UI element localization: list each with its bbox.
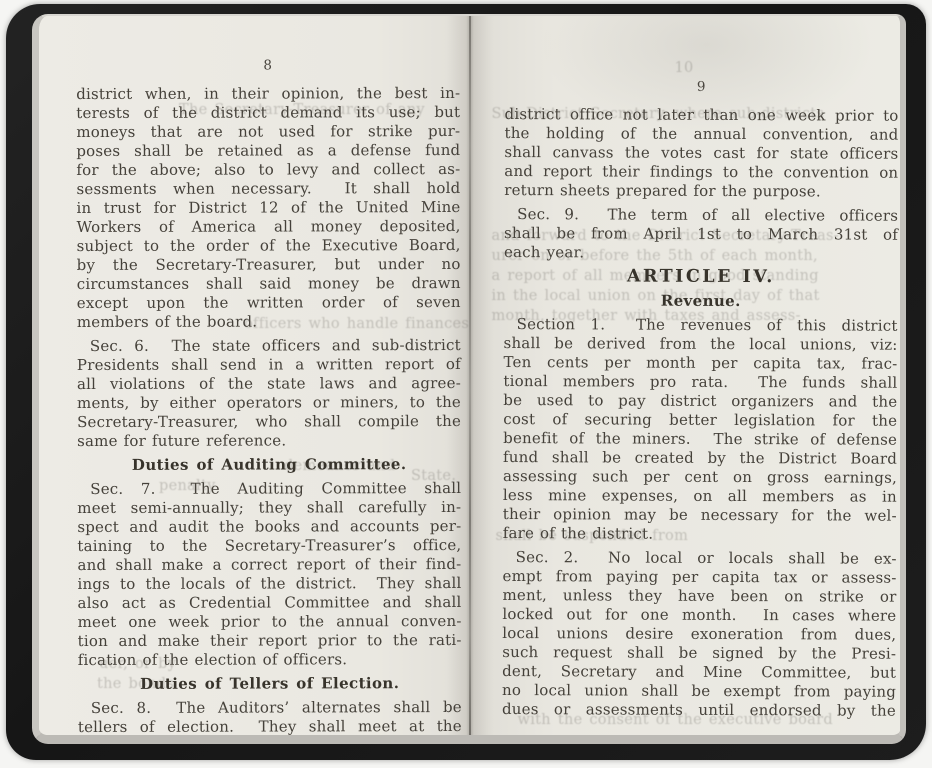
text-line: also act as Credential Committee and sha… <box>78 593 462 613</box>
text-line: members of the board. <box>77 312 461 332</box>
paragraph: district when, in their opinion, the bes… <box>76 84 461 332</box>
text-line: Ten cents per month per capita tax, frac… <box>503 353 897 374</box>
text-line: all violations of the state laws and agr… <box>77 374 461 394</box>
text-line: cost of securing better legislation for … <box>503 410 897 431</box>
text-line: district when, in their opinion, the bes… <box>76 84 460 104</box>
paragraph: district office not later than one week … <box>504 105 898 202</box>
page-number: 9 <box>504 16 898 96</box>
page-right: 9 district office not later than one wee… <box>470 16 901 735</box>
text-line: Sec. 2. No local or locals shall be ex- <box>502 548 896 569</box>
text-line: Sec. 8. The Auditors’ alternates shall b… <box>78 698 462 718</box>
paragraph: Sec. 7. The Auditing Committee shallmeet… <box>77 479 461 670</box>
text-line: less mine expenses, on all members as in <box>502 486 896 507</box>
text-line: fication of the election of officers. <box>78 650 462 670</box>
text-line: locked out for one month. In cases where <box>502 605 896 626</box>
text-line: the holding of the annual convention, an… <box>504 124 898 145</box>
text-line: Sec. 9. The term of all elective officer… <box>504 205 898 226</box>
text-line: and report their findings to the convent… <box>504 162 898 183</box>
section-heading: Revenue. <box>503 291 897 312</box>
text-line: in trust for District 12 of the United M… <box>76 198 460 218</box>
text-line: dent, Secretary and Mine Committee, but <box>502 662 896 683</box>
paragraph: Sec. 9. The term of all elective officer… <box>503 205 897 264</box>
text-line: Sec. 7. The Auditing Committee shall <box>77 479 461 499</box>
text-line: subject to the order of the Executive Bo… <box>77 236 461 256</box>
text-line: Presidents shall send in a written repor… <box>77 355 461 375</box>
text-line: fare of the district. <box>502 524 896 545</box>
text-line: for the above; also to levy and collect … <box>76 160 460 180</box>
page-left-content: 8 district when, in their opinion, the b… <box>76 16 462 735</box>
book-pages: 8 district when, in their opinion, the b… <box>32 14 906 744</box>
text-line: return sheets prepared for the purpose. <box>504 181 898 202</box>
book-cover: 8 district when, in their opinion, the b… <box>6 4 926 760</box>
text-line: by the Secretary-Treasurer, but under no <box>77 255 461 275</box>
article-heading: ARTICLE IV. <box>503 267 897 288</box>
page-body: district when, in their opinion, the bes… <box>76 84 462 735</box>
section-heading: Duties of Tellers of Election. <box>78 674 462 694</box>
text-line: same for future reference. <box>77 431 461 451</box>
text-line: spect and audit the books and accounts p… <box>77 517 461 537</box>
text-line: district office not later than one week … <box>504 105 898 126</box>
text-line: be used to pay district organizers and t… <box>503 391 897 412</box>
page-body: district office not later than one week … <box>501 105 898 721</box>
text-line: shall canvass the votes cast for state o… <box>504 143 898 164</box>
text-line: Section 1. The revenues of this district <box>503 315 897 336</box>
text-line: sessments when necessary. It shall hold <box>76 179 460 199</box>
text-line: moneys that are not used for strike pur- <box>76 122 460 142</box>
text-line: poses shall be retained as a defense fun… <box>76 141 460 161</box>
text-line: fund shall be created by the District Bo… <box>503 448 897 469</box>
paragraph: Sec. 6. The state officers and sub-distr… <box>77 336 461 451</box>
text-line: benefit of the miners. The strike of def… <box>503 429 897 450</box>
text-line: tion and make their report prior to the … <box>78 631 462 651</box>
text-line: except upon the written order of seven <box>77 293 461 313</box>
text-line: their opinion may be necessary for the w… <box>502 505 896 526</box>
section-heading: Duties of Auditing Committee. <box>77 455 461 475</box>
text-line: taining to the Secretary-Treasurer’s off… <box>77 536 461 556</box>
text-line: shall be from April 1st to March 31st of <box>504 224 898 245</box>
text-line: no local union shall be exempt from payi… <box>502 681 896 702</box>
text-line: ment, unless they have been on strike or <box>502 586 896 607</box>
paragraph: Section 1. The revenues of this district… <box>502 315 897 545</box>
text-line: ings to the locals of the district. They… <box>77 574 461 594</box>
text-line: meet one week prior to the annual conven… <box>78 612 462 632</box>
page-number: 8 <box>76 16 460 74</box>
text-line: shall be derived from the local unions, … <box>503 334 897 355</box>
page-right-content: 9 district office not later than one wee… <box>501 16 898 721</box>
text-line: assessing such per cent on gross earning… <box>502 467 896 488</box>
text-line: Secretary-Treasurer, who shall compile t… <box>77 412 461 432</box>
text-line: Workers of America all money deposited, <box>77 217 461 237</box>
text-line: terests of the district demand its use; … <box>76 103 460 123</box>
text-line: such request shall be signed by the Pres… <box>502 643 896 664</box>
text-line: circumstances shall said money be drawn <box>77 274 461 294</box>
text-line: and shall make a correct report of their… <box>77 555 461 575</box>
text-line: meet semi-annually; they shall carefully… <box>77 498 461 518</box>
text-line: empt from paying per capita tax or asses… <box>502 567 896 588</box>
text-line: tellers of election. They shall meet at … <box>78 717 462 735</box>
text-line: ments, by either operators or miners, to… <box>77 393 461 413</box>
text-line: local unions desire exoneration from due… <box>502 624 896 645</box>
text-line: Sec. 6. The state officers and sub-distr… <box>77 336 461 356</box>
paragraph: Sec. 2. No local or locals shall be ex-e… <box>501 548 896 721</box>
page-left: 8 district when, in their opinion, the b… <box>39 16 470 735</box>
text-line: dues or assessments until endorsed by th… <box>501 700 895 721</box>
text-line: tional members pro rata. The funds shall <box>503 372 897 393</box>
text-line: each year. <box>503 243 897 264</box>
paragraph: Sec. 8. The Auditors’ alternates shall b… <box>78 698 462 735</box>
